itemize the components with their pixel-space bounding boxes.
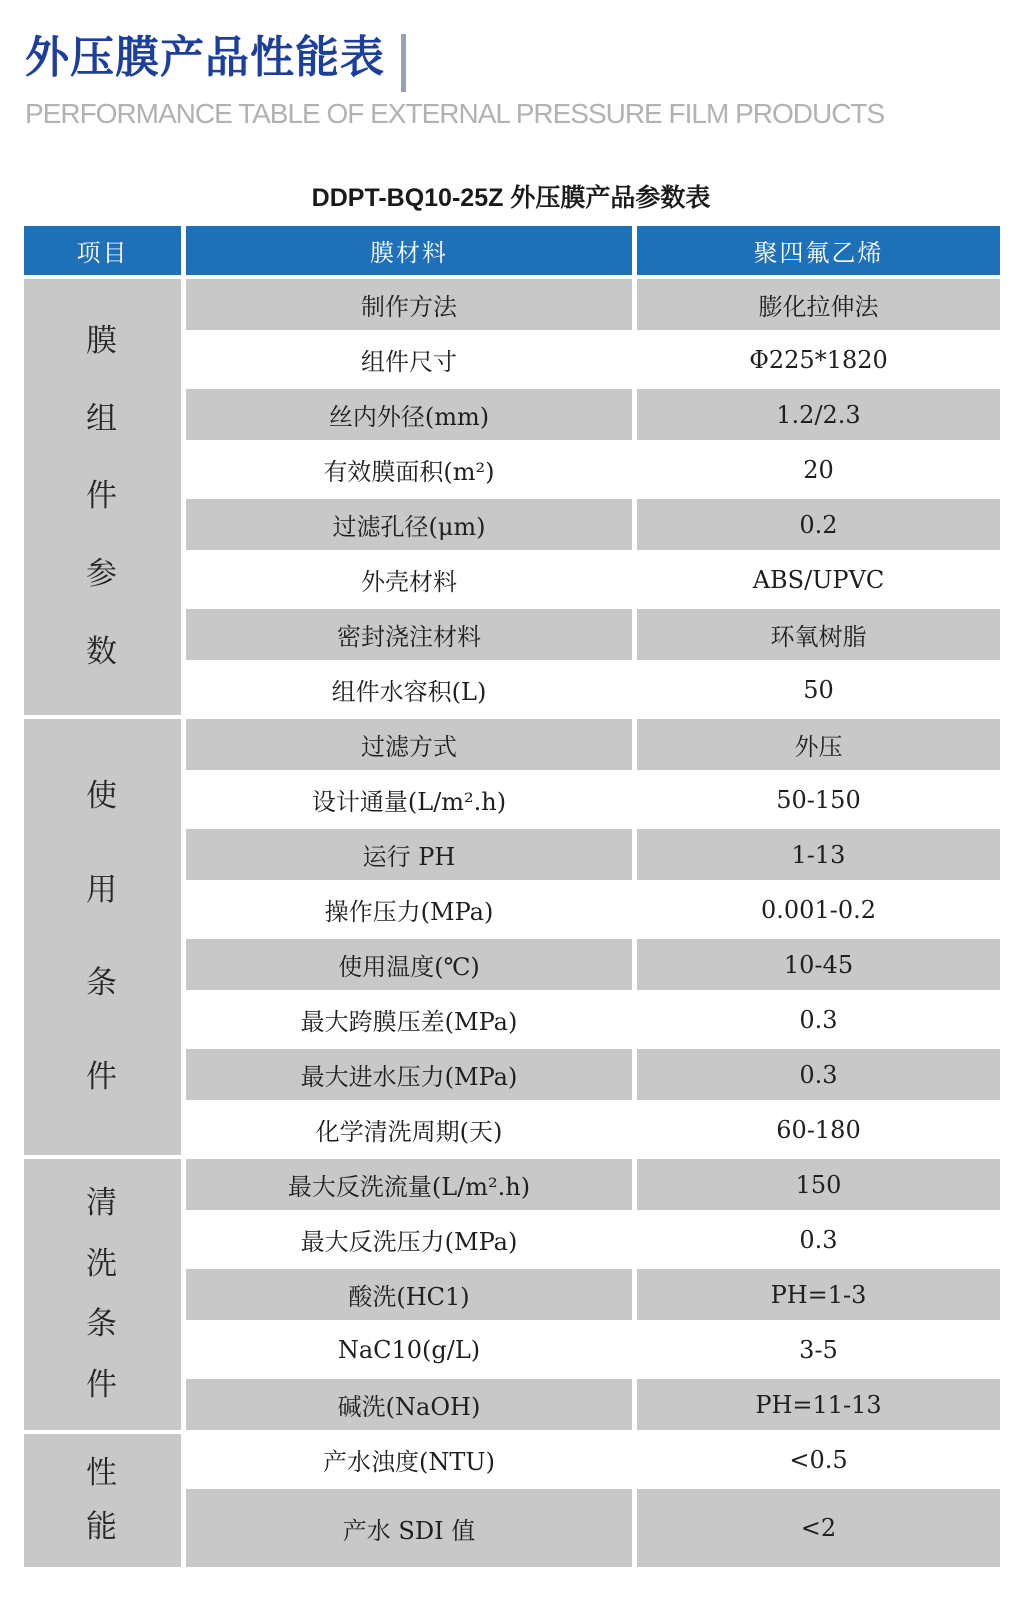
table-title: DDPT-BQ10-25Z 外压膜产品参数表 [25, 178, 997, 214]
param-cell: NaC10(g/L) [186, 1324, 632, 1375]
param-cell: 最大跨膜压差(MPa) [186, 994, 632, 1045]
param-cell: 组件尺寸 [186, 334, 632, 385]
category-cell-operating-conditions: 使用条件 [24, 719, 181, 1155]
value-cell: 3-5 [637, 1324, 1000, 1375]
param-cell: 使用温度(℃) [186, 939, 632, 990]
category-char: 条 [86, 1309, 119, 1340]
param-cell: 产水 SDI 值 [186, 1489, 632, 1567]
category-char: 组 [86, 404, 119, 435]
value-cell: PH=1-3 [637, 1269, 1000, 1320]
param-cell: 过滤方式 [186, 719, 632, 770]
category-cell-performance: 性能 [24, 1434, 181, 1567]
category-cell-membrane-module-params: 膜组件参数 [24, 279, 181, 715]
value-cell: Φ225*1820 [637, 334, 1000, 385]
category-char: 参 [86, 559, 119, 590]
param-cell: 组件水容积(L) [186, 664, 632, 715]
category-char: 清 [86, 1188, 119, 1219]
value-cell: PH=11-13 [637, 1379, 1000, 1430]
value-cell: 20 [637, 444, 1000, 495]
param-cell: 最大反洗压力(MPa) [186, 1214, 632, 1265]
value-cell: ABS/UPVC [637, 554, 1000, 605]
value-cell: 0.001-0.2 [637, 884, 1000, 935]
value-cell: 0.3 [637, 994, 1000, 1045]
param-cell: 最大进水压力(MPa) [186, 1049, 632, 1100]
param-cell: 丝内外径(mm) [186, 389, 632, 440]
param-cell: 操作压力(MPa) [186, 884, 632, 935]
category-char: 用 [86, 875, 119, 906]
category-label: 使用条件 [24, 719, 181, 1155]
category-char: 能 [86, 1512, 119, 1543]
category-label: 性能 [24, 1434, 181, 1567]
category-char: 件 [86, 1062, 119, 1093]
param-cell: 化学清洗周期(天) [186, 1104, 632, 1155]
param-cell: 酸洗(HC1) [186, 1269, 632, 1320]
value-cell: 0.3 [637, 1049, 1000, 1100]
category-char: 洗 [86, 1249, 119, 1280]
value-cell: 0.2 [637, 499, 1000, 550]
category-char: 数 [86, 637, 119, 668]
value-cell: <2 [637, 1489, 1000, 1567]
title-divider-bar [401, 34, 406, 92]
value-cell: 0.3 [637, 1214, 1000, 1265]
table-row: 膜组件参数制作方法膨化拉伸法 [24, 279, 1000, 330]
value-cell: <0.5 [637, 1434, 1000, 1485]
page-subtitle: PERFORMANCE TABLE OF EXTERNAL PRESSURE F… [25, 98, 996, 130]
param-cell: 外壳材料 [186, 554, 632, 605]
spec-table: 项目 膜材料 聚四氟乙烯 膜组件参数制作方法膨化拉伸法组件尺寸Φ225*1820… [19, 222, 1005, 1571]
page: 外压膜产品性能表 PERFORMANCE TABLE OF EXTERNAL P… [0, 0, 1021, 1571]
title-block: 外压膜产品性能表 [25, 30, 996, 92]
value-cell: 膨化拉伸法 [637, 279, 1000, 330]
value-cell: 1.2/2.3 [637, 389, 1000, 440]
category-char: 膜 [86, 326, 119, 357]
value-cell: 150 [637, 1159, 1000, 1210]
param-cell: 有效膜面积(m²) [186, 444, 632, 495]
category-char: 件 [86, 1370, 119, 1401]
param-cell: 碱洗(NaOH) [186, 1379, 632, 1430]
param-cell: 运行 PH [186, 829, 632, 880]
header-cell-item: 项目 [24, 226, 181, 275]
value-cell: 50-150 [637, 774, 1000, 825]
category-char: 使 [86, 781, 119, 812]
table-body: 膜组件参数制作方法膨化拉伸法组件尺寸Φ225*1820丝内外径(mm)1.2/2… [24, 279, 1000, 1567]
table-row: 性能产水浊度(NTU)<0.5 [24, 1434, 1000, 1485]
value-cell: 60-180 [637, 1104, 1000, 1155]
header-row: 项目 膜材料 聚四氟乙烯 [24, 226, 1000, 275]
param-cell: 产水浊度(NTU) [186, 1434, 632, 1485]
param-cell: 过滤孔径(μm) [186, 499, 632, 550]
category-cell-cleaning-conditions: 清洗条件 [24, 1159, 181, 1430]
category-char: 件 [86, 481, 119, 512]
category-label: 清洗条件 [24, 1159, 181, 1430]
param-cell: 制作方法 [186, 279, 632, 330]
header-cell-material-value: 聚四氟乙烯 [637, 226, 1000, 275]
header-cell-material: 膜材料 [186, 226, 632, 275]
param-cell: 设计通量(L/m².h) [186, 774, 632, 825]
value-cell: 10-45 [637, 939, 1000, 990]
param-cell: 最大反洗流量(L/m².h) [186, 1159, 632, 1210]
param-cell: 密封浇注材料 [186, 609, 632, 660]
value-cell: 环氧树脂 [637, 609, 1000, 660]
page-title: 外压膜产品性能表 [25, 30, 385, 85]
value-cell: 50 [637, 664, 1000, 715]
table-header: 项目 膜材料 聚四氟乙烯 [24, 226, 1000, 275]
category-char: 性 [86, 1458, 119, 1489]
category-char: 条 [86, 968, 119, 999]
category-label: 膜组件参数 [24, 279, 181, 715]
value-cell: 外压 [637, 719, 1000, 770]
table-row: 清洗条件最大反洗流量(L/m².h)150 [24, 1159, 1000, 1210]
value-cell: 1-13 [637, 829, 1000, 880]
table-row: 使用条件过滤方式外压 [24, 719, 1000, 770]
